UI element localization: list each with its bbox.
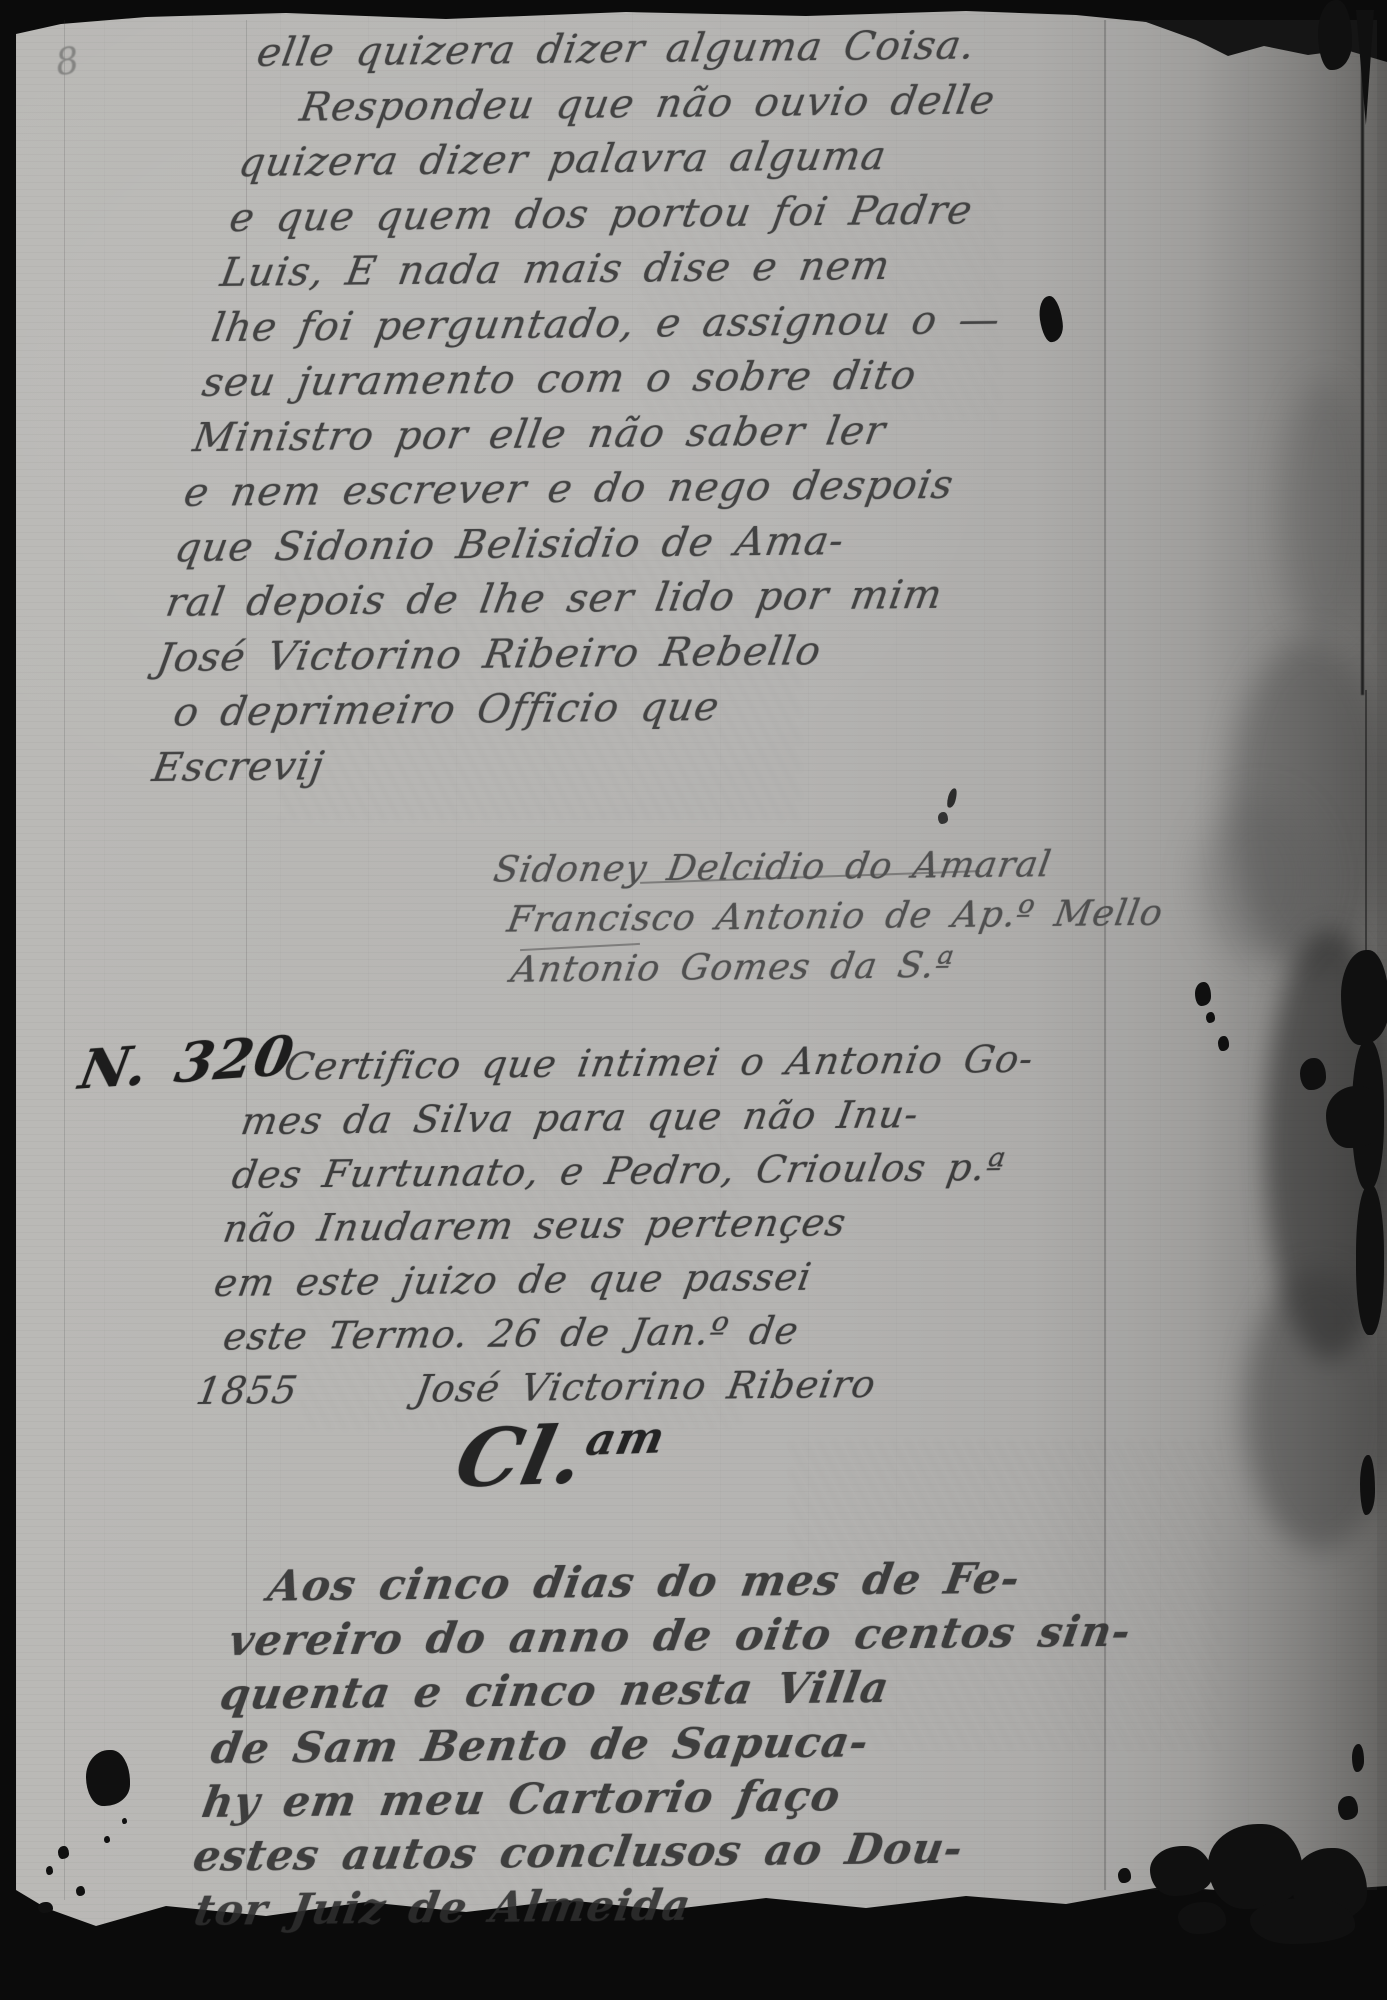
ink-blot (1150, 1846, 1212, 1896)
conclusao-heading: Cl.am (448, 1405, 672, 1506)
ink-blot (1318, 0, 1352, 70)
ink-blot (1360, 1455, 1375, 1515)
signature-line: Sidoney Delcidio do Amaral (490, 839, 1175, 896)
handwriting-line: des Furtunato, e Pedro, Crioulos p.ª (228, 1140, 1020, 1202)
handwriting-line: e nem escrever e do nego despois (180, 458, 977, 521)
handwriting-line: quizera dizer palavra alguma (235, 128, 1032, 191)
handwriting-line: Ministro por elle não saber ler (189, 403, 986, 466)
handwriting-line: seu juramento com o sobre dito (198, 348, 995, 411)
ruled-line-left (64, 20, 65, 1900)
witness-signatures: Sidoney Delcidio do Amaral Francisco Ant… (473, 839, 1175, 996)
handwriting-line: tor Juiz de Almeida (180, 1875, 1090, 1938)
ink-blot (1208, 1824, 1303, 1909)
conclusao-abbrev-sup: am (581, 1412, 670, 1466)
signature-line: Francisco Antonio de Ap.º Mello (481, 889, 1166, 946)
handwriting-line: elle quizera dizer alguma Coisa. (253, 18, 1050, 81)
ink-spatter-dot (58, 1846, 69, 1859)
handwriting-line: quenta e cinco nesta Villa (216, 1659, 1126, 1722)
certificate-year: 1855 (192, 1363, 302, 1418)
handwriting-line: Respondeu que não ouvio delle (244, 73, 1041, 136)
handwriting-line: José Victorino Ribeiro Rebello (153, 623, 950, 686)
handwriting-line: Luis, E nada mais dise e nem (216, 238, 1013, 301)
ink-spatter-dot (38, 1902, 53, 1913)
ink-spatter-dot (1218, 1036, 1229, 1051)
ink-blot (1338, 1796, 1358, 1820)
ink-blot (1178, 1902, 1226, 1934)
handwriting-line: em este juizo de que passei (210, 1248, 1002, 1310)
ink-blot (1341, 950, 1387, 1045)
ink-spatter-dot (1195, 982, 1211, 1006)
ink-spatter-dot (1206, 1012, 1215, 1023)
certificate-paragraph: Certifico que intimei o Antonio Go- mes … (192, 1032, 1038, 1418)
conclusao-abbrev: Cl. (448, 1408, 594, 1506)
ink-blot (1356, 1185, 1384, 1335)
handwriting-line: Escrevij (134, 733, 931, 796)
ink-spatter-dot (1118, 1868, 1131, 1883)
ink-blot (1326, 1086, 1384, 1148)
handwriting-line: vereiro do anno de oito centos sin- (225, 1605, 1135, 1668)
deposition-paragraph: elle quizera dizer alguma Coisa. Respond… (134, 18, 1050, 796)
conclusion-paragraph: Aos cinco dias do mes de Fe- vereiro do … (180, 1551, 1144, 1938)
handwriting-line: Certifico que intimei o Antonio Go- (246, 1032, 1038, 1094)
handwriting-line: Aos cinco dias do mes de Fe- (234, 1551, 1144, 1614)
handwriting-line: este Termo. 26 de Jan.º de (201, 1302, 993, 1364)
ink-spatter-dot (76, 1886, 85, 1896)
handwriting-line: de Sam Bento de Sapuca- (207, 1713, 1117, 1776)
handwriting-line: o deprimeiro Officio que (143, 678, 940, 741)
ink-spatter-dot (122, 1818, 127, 1824)
ink-blot (1250, 1898, 1355, 1944)
handwriting-line: lhe foi perguntado, e assignou o — (207, 293, 1004, 356)
ink-spatter-dot (938, 812, 948, 824)
handwriting-line: não Inudarem seus pertençes (219, 1194, 1011, 1256)
ink-blot (1352, 1744, 1364, 1772)
ink-spatter-dot (46, 1866, 53, 1875)
handwriting-line: hy em meu Cartorio faço (198, 1767, 1108, 1830)
handwriting-line: ral depois de lhe ser lido por mim (162, 568, 959, 631)
handwriting-line: mes da Silva para que não Inu- (237, 1086, 1029, 1148)
handwriting-line: que Sidonio Belisidio de Ama- (171, 513, 968, 576)
gutter-stain (1280, 380, 1370, 640)
ink-blot (1300, 1058, 1326, 1090)
handwriting-line: estes autos conclusos ao Dou- (189, 1821, 1099, 1884)
ink-spatter-dot (104, 1836, 110, 1843)
manuscript-scan: 8 elle quizera dizer alguma Coisa. Respo… (0, 0, 1387, 2000)
gutter-stain (1200, 800, 1320, 960)
binding-crack (1361, 55, 1364, 695)
handwriting-line: e que quem dos portou foi Padre (226, 183, 1023, 246)
ink-blot (86, 1750, 130, 1806)
